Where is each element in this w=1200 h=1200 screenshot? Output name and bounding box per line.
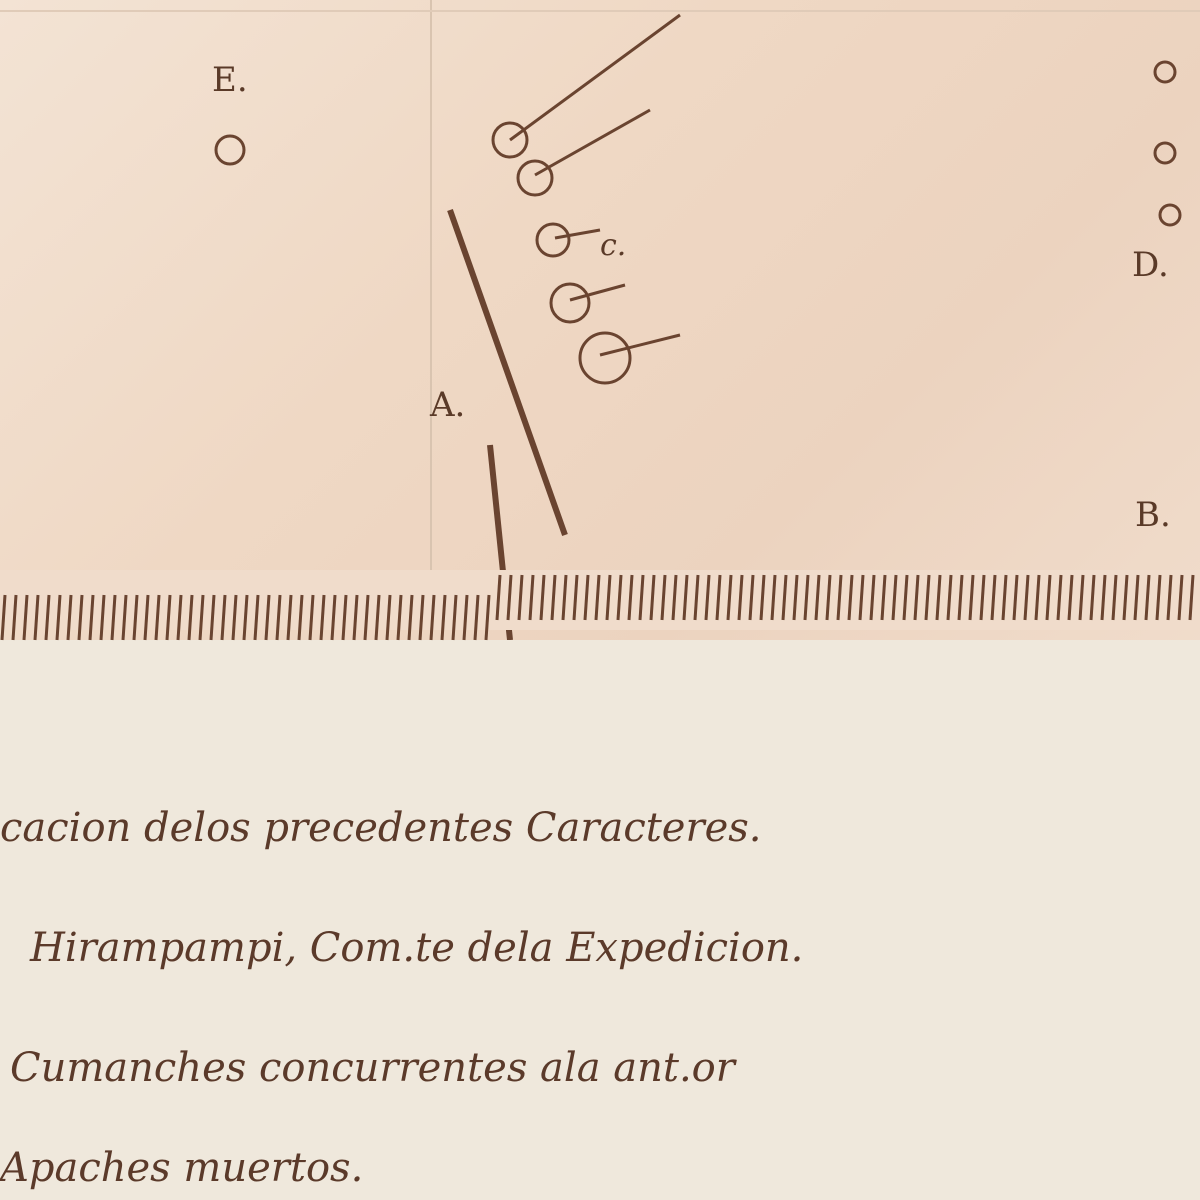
map-figures xyxy=(0,0,1200,650)
label-c: c. xyxy=(600,228,626,263)
text-line-2: Hirampampi, Com.te dela Expedicion. xyxy=(30,925,803,971)
map-drawing: E. c. A. D. B. xyxy=(0,0,1200,650)
text-line-1: cacion delos precedentes Caracteres. xyxy=(0,805,762,851)
label-e: E. xyxy=(212,60,248,100)
text-line-3: Cumanches concurrentes ala ant.or xyxy=(10,1045,735,1091)
paper-sheet: cacion delos precedentes Caracteres. Hir… xyxy=(0,640,1200,1200)
label-d: D. xyxy=(1132,245,1169,285)
text-line-4: Apaches muertos. xyxy=(0,1145,363,1191)
label-a: A. xyxy=(430,385,465,425)
fringe-border xyxy=(0,570,1200,660)
label-b: B. xyxy=(1135,495,1171,535)
